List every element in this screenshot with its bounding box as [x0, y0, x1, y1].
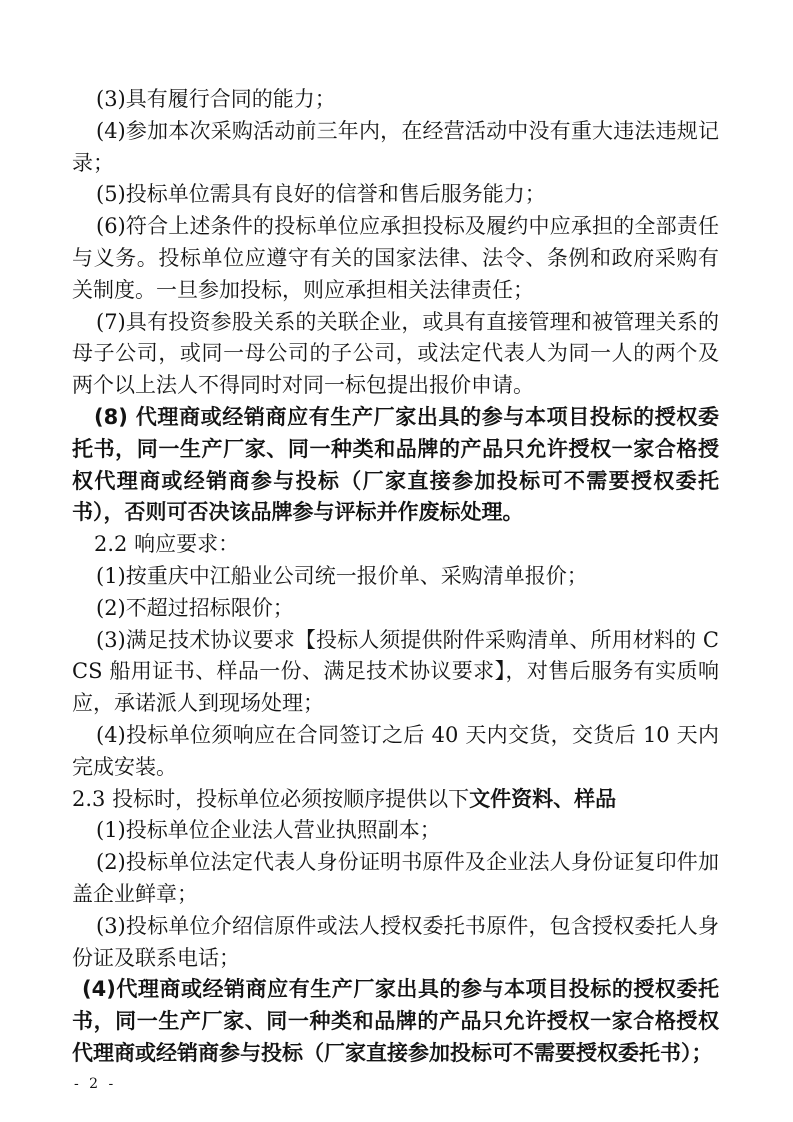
clause-8-bold: (8) 代理商或经销商应有生产厂家出具的参与本项目投标的授权委托书，同一生产厂家…: [72, 402, 719, 529]
response-requirement-4: (4)投标单位须响应在合同签订之后 40 天内交货，交货后 10 天内完成安装。: [72, 720, 719, 784]
document-requirement-4-bold: (4)代理商或经销商应有生产厂家出具的参与本项目投标的授权委托书，同一生产厂家、…: [72, 974, 719, 1069]
response-requirement-1: (1)按重庆中江船业公司统一报价单、采购清单报价；: [72, 561, 719, 593]
document-requirement-3: (3)投标单位介绍信原件或法人授权委托书原件，包含授权委托人身份证及联系电话；: [72, 911, 719, 975]
response-requirement-3: (3)满足技术协议要求【投标人须提供附件采购清单、所用材料的 CCS 船用证书、…: [72, 625, 719, 720]
page-number: - 2 -: [72, 1075, 719, 1093]
section-2-3-heading-bold-text: 文件资料、样品: [469, 787, 616, 811]
document-requirement-2: (2)投标单位法定代表人身份证明书原件及企业法人身份证复印件加盖企业鲜章；: [72, 847, 719, 911]
section-2-3-heading-text: 2.3 投标时，投标单位必须按顺序提供以下: [72, 787, 469, 811]
clause-3: (3)具有履行合同的能力；: [72, 84, 719, 116]
document-requirement-1: (1)投标单位企业法人营业执照副本；: [72, 815, 719, 847]
section-2-2-heading: 2.2 响应要求：: [72, 529, 719, 561]
document-page: (3)具有履行合同的能力； (4)参加本次采购活动前三年内，在经营活动中没有重大…: [0, 0, 793, 1122]
clause-4: (4)参加本次采购活动前三年内，在经营活动中没有重大违法违规记录；: [72, 116, 719, 180]
clause-6: (6)符合上述条件的投标单位应承担投标及履约中应承担的全部责任与义务。投标单位应…: [72, 211, 719, 306]
clause-7: (7)具有投资参股关系的关联企业，或具有直接管理和被管理关系的母子公司，或同一母…: [72, 307, 719, 402]
clause-5: (5)投标单位需具有良好的信誉和售后服务能力；: [72, 179, 719, 211]
section-2-3-heading: 2.3 投标时，投标单位必须按顺序提供以下文件资料、样品: [72, 784, 719, 816]
response-requirement-2: (2)不超过招标限价；: [72, 593, 719, 625]
